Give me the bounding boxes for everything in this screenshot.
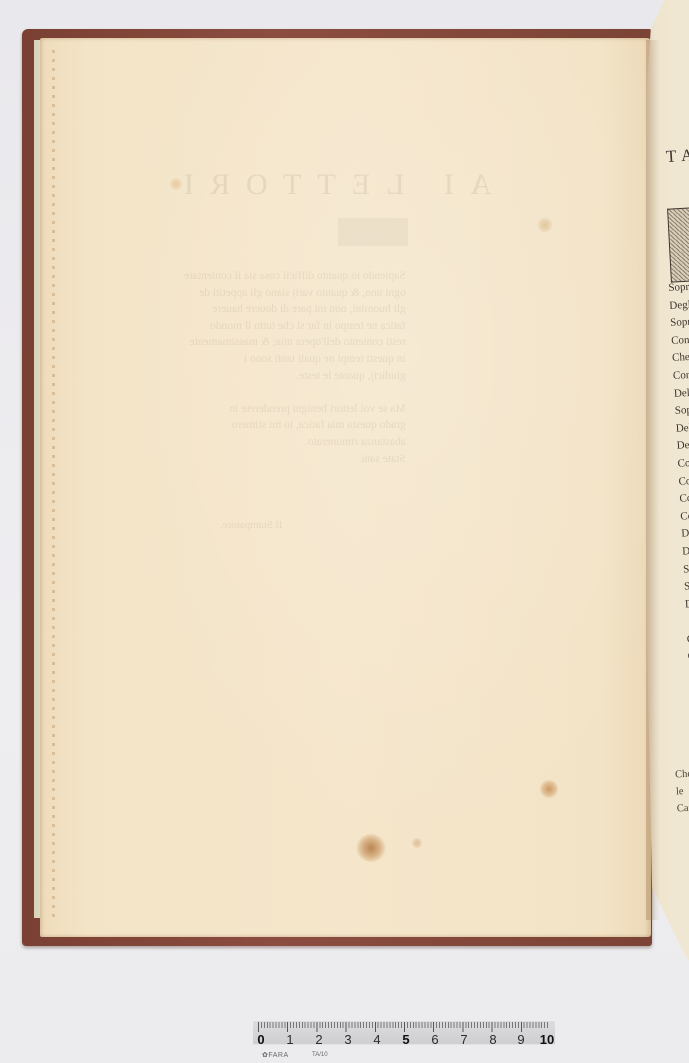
toc-entry: Dei bbox=[676, 436, 689, 456]
toc-entry: Sopr bbox=[674, 401, 689, 421]
toc-entry: Contra li bbox=[671, 330, 689, 350]
ruler-number: 10 bbox=[540, 1032, 554, 1047]
ruler-number: 8 bbox=[489, 1032, 496, 1047]
right-page-heading: TA bbox=[665, 145, 689, 167]
right-page-footer: Che le Capi bbox=[675, 766, 689, 818]
ruler-numbers: 0 1 2 3 4 5 6 7 8 9 10 bbox=[253, 1032, 555, 1046]
ruler-number: 1 bbox=[286, 1032, 293, 1047]
toc-entry: Delle m bbox=[682, 541, 689, 561]
toc-entry: Delle bbox=[675, 418, 689, 438]
ruler-number: 0 bbox=[257, 1032, 264, 1047]
scale-ruler: 0 1 2 3 4 5 6 7 8 9 10 ✿FARA TA/10 bbox=[253, 1021, 555, 1063]
ruler-brand-logo: ✿FARA bbox=[262, 1051, 289, 1059]
gutter-shadow bbox=[646, 40, 660, 920]
toc-entry: Sopra la a bbox=[668, 278, 689, 298]
toc-entry: Dell'in bbox=[685, 594, 689, 614]
toc-entry: Contro bbox=[673, 366, 689, 386]
toc-entry: Sopra i bbox=[684, 576, 689, 596]
left-page bbox=[40, 38, 651, 937]
decorated-initial-woodcut bbox=[667, 207, 689, 282]
ruler-number: 6 bbox=[431, 1032, 438, 1047]
toc-entry: Sopra i F bbox=[670, 313, 689, 333]
toc-entry: Con bbox=[678, 471, 689, 491]
ruler-number: 4 bbox=[373, 1032, 380, 1047]
toc-entry: Del d bbox=[674, 383, 689, 403]
ruler-number: 9 bbox=[517, 1032, 524, 1047]
ruler-ticks bbox=[258, 1022, 550, 1032]
toc-entry: Con bbox=[680, 506, 689, 526]
foxing-marks bbox=[52, 50, 55, 920]
ruler-number: 7 bbox=[460, 1032, 467, 1047]
toc-entry: Con bbox=[679, 489, 689, 509]
ruler-model-label: TA/10 bbox=[312, 1052, 328, 1058]
toc-entry: Con bbox=[677, 453, 689, 473]
footer-line: Che le bbox=[675, 766, 689, 801]
toc-entry: Delno bbox=[681, 524, 689, 544]
toc-entry: Degli Aro bbox=[669, 295, 689, 315]
ruler-number: 3 bbox=[344, 1032, 351, 1047]
ruler-number: 2 bbox=[315, 1032, 322, 1047]
ruler-number: 5 bbox=[402, 1032, 409, 1047]
toc-entry: nell bbox=[685, 612, 689, 632]
toc-entry: Sopra l bbox=[683, 559, 689, 579]
toc-entry: Che gli bbox=[672, 348, 689, 368]
footer-line: Capi bbox=[676, 799, 689, 817]
